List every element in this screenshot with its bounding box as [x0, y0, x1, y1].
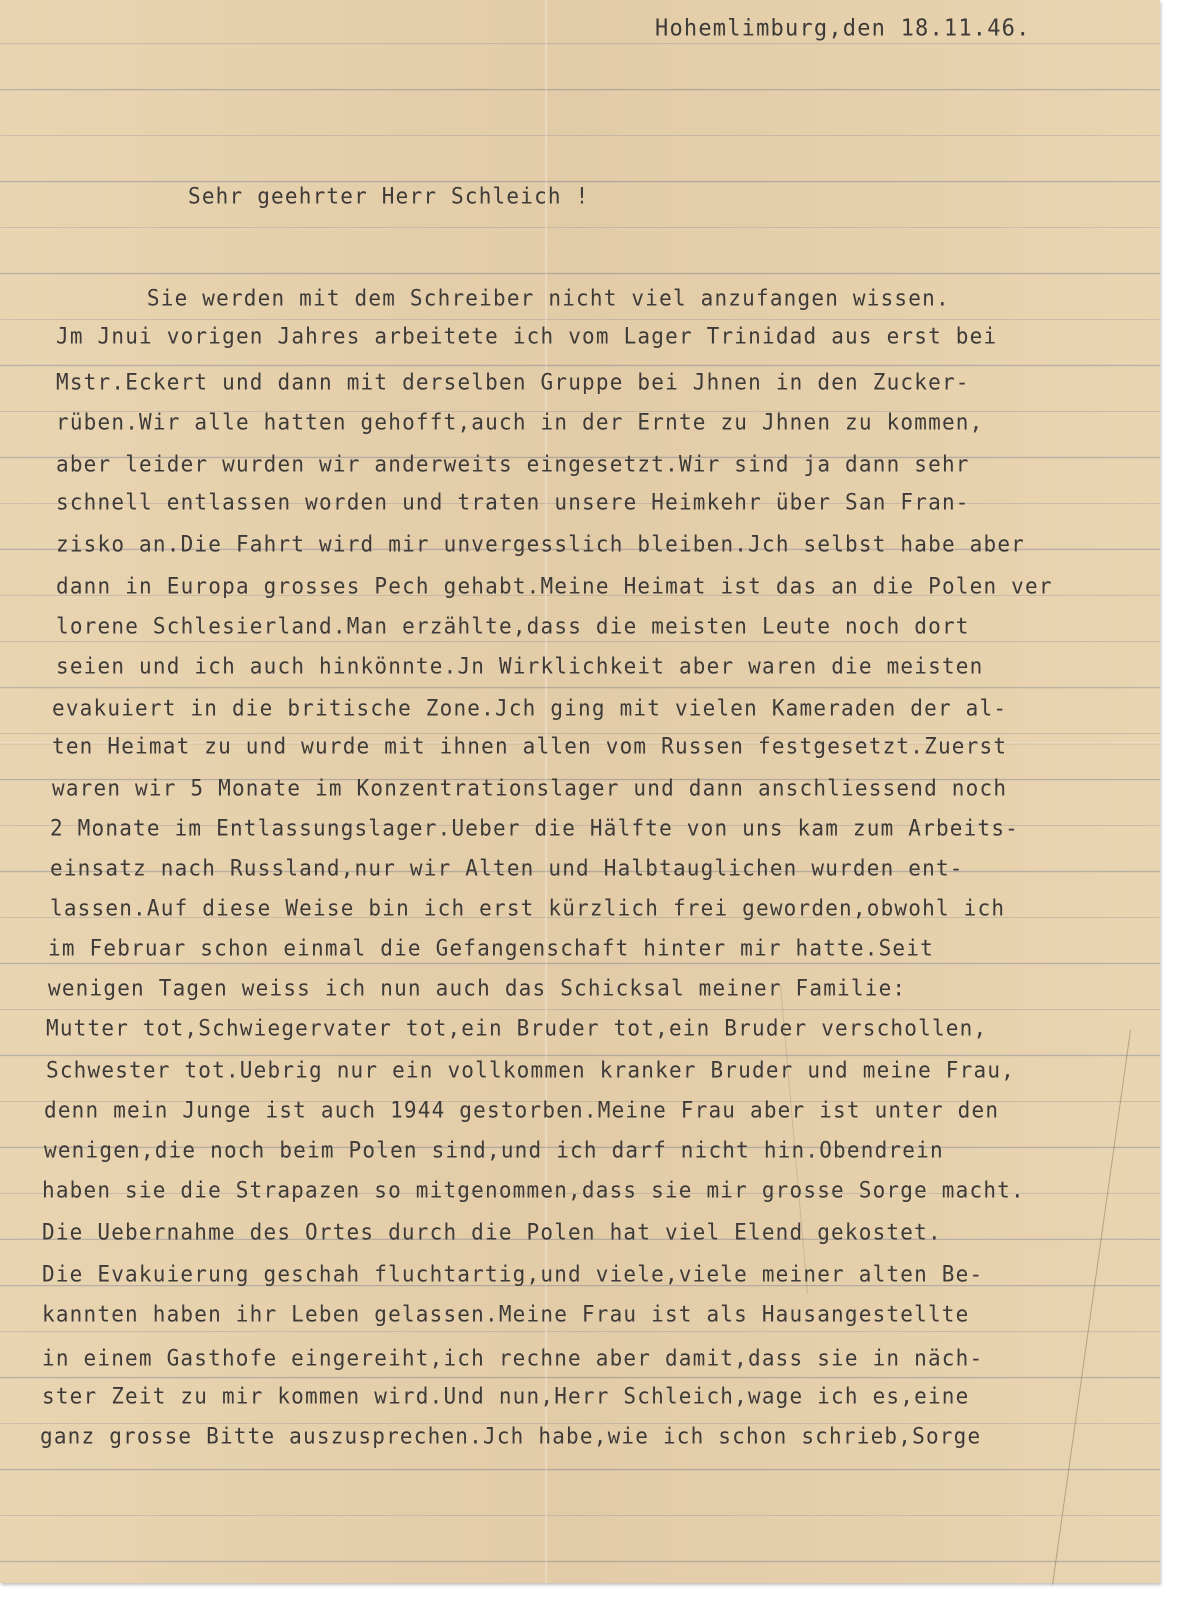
letter-page: Hohemlimburg,den 18.11.46. Sehr geehrter…	[0, 0, 1160, 1583]
letter-line: Die Uebernahme des Ortes durch die Polen…	[42, 1219, 942, 1244]
letter-line: lorene Schlesierland.Man erzählte,dass d…	[56, 613, 970, 638]
letter-line: seien und ich auch hinkönnte.Jn Wirklich…	[56, 653, 984, 678]
salutation: Sehr geehrter Herr Schleich !	[188, 183, 589, 208]
letter-line: ten Heimat zu und wurde mit ihnen allen …	[52, 733, 1007, 758]
letter-line: ganz grosse Bitte auszusprechen.Jch habe…	[40, 1423, 981, 1448]
letter-line: Jm Jnui vorigen Jahres arbeitete ich vom…	[56, 323, 997, 348]
letter-line: denn mein Junge ist auch 1944 gestorben.…	[44, 1097, 999, 1122]
letter-line: kannten haben ihr Leben gelassen.Meine F…	[42, 1301, 970, 1326]
letter-line: schnell entlassen worden und traten unse…	[56, 489, 970, 514]
letter-line: ster Zeit zu mir kommen wird.Und nun,Her…	[42, 1383, 970, 1408]
letter-line: wenigen,die noch beim Polen sind,und ich…	[44, 1137, 944, 1162]
letter-line: Die Evakuierung geschah fluchtartig,und …	[42, 1261, 983, 1286]
letter-line: Sie werden mit dem Schreiber nicht viel …	[50, 285, 950, 310]
letter-line: Mutter tot,Schwiegervater tot,ein Bruder…	[46, 1015, 987, 1040]
letter-line: zisko an.Die Fahrt wird mir unvergesslic…	[56, 531, 1025, 556]
letter-line: lassen.Auf diese Weise bin ich erst kürz…	[50, 895, 1005, 920]
letter-line: dann in Europa grosses Pech gehabt.Meine…	[56, 573, 1053, 598]
letter-line: einsatz nach Russland,nur wir Alten und …	[50, 855, 964, 880]
letter-line: rüben.Wir alle hatten gehofft,auch in de…	[56, 409, 984, 434]
letter-line: Mstr.Eckert und dann mit derselben Grupp…	[56, 369, 970, 394]
letter-line: in einem Gasthofe eingereiht,ich rechne …	[42, 1345, 983, 1370]
letter-line: aber leider wurden wir anderweits einges…	[56, 451, 970, 476]
letter-line: Schwester tot.Uebrig nur ein vollkommen …	[46, 1057, 1015, 1082]
letter-line: waren wir 5 Monate im Konzentrationslage…	[52, 775, 1007, 800]
dateline: Hohemlimburg,den 18.11.46.	[655, 15, 1031, 41]
letter-line: im Februar schon einmal die Gefangenscha…	[48, 935, 934, 960]
letter-line: wenigen Tagen weiss ich nun auch das Sch…	[48, 975, 906, 1000]
letter-line: 2 Monate im Entlassungslager.Ueber die H…	[50, 815, 1019, 840]
letter-line: haben sie die Strapazen so mitgenommen,d…	[42, 1177, 1025, 1202]
tear-crease	[1052, 1030, 1131, 1585]
letter-line: evakuiert in die britische Zone.Jch ging…	[52, 695, 1007, 720]
